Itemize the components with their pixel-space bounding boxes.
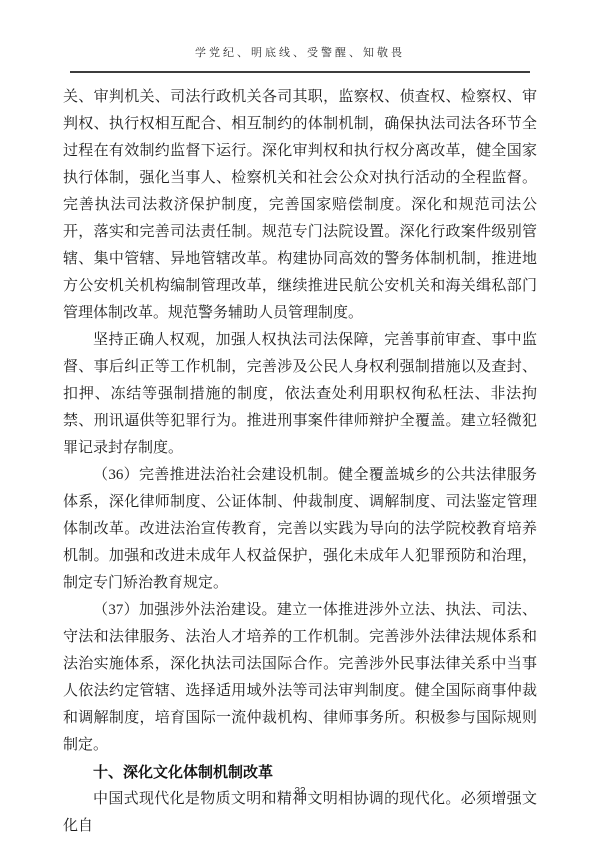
section-heading: 十、深化文化体制机制改革 bbox=[63, 759, 537, 786]
page-header: 学党纪、明底线、受警醒、知敬畏 bbox=[0, 44, 600, 60]
document-page: 学党纪、明底线、受警醒、知敬畏 关、审判机关、司法行政机关各司其职，监察权、侦查… bbox=[0, 0, 600, 848]
paragraph-continuation: 关、审判机关、司法行政机关各司其职，监察权、侦查权、检察权、审判权、执行权相互配… bbox=[63, 84, 537, 327]
header-title: 学党纪、明底线、受警醒、知敬畏 bbox=[195, 47, 405, 59]
page-footer: 32 bbox=[0, 786, 600, 797]
paragraph-item-37: （37）加强涉外法治建设。建立一体推进涉外立法、执法、司法、守法和法律服务、法治… bbox=[63, 597, 537, 759]
paragraph-item-36: （36）完善推进法治社会建设机制。健全覆盖城乡的公共法律服务体系，深化律师制度、… bbox=[63, 462, 537, 597]
document-body: 关、审判机关、司法行政机关各司其职，监察权、侦查权、检察权、审判权、执行权相互配… bbox=[63, 84, 537, 840]
header-divider bbox=[70, 71, 530, 73]
paragraph-human-rights: 坚持正确人权观，加强人权执法司法保障，完善事前审查、事中监督、事后纠正等工作机制… bbox=[63, 327, 537, 462]
page-number: 32 bbox=[294, 786, 305, 797]
